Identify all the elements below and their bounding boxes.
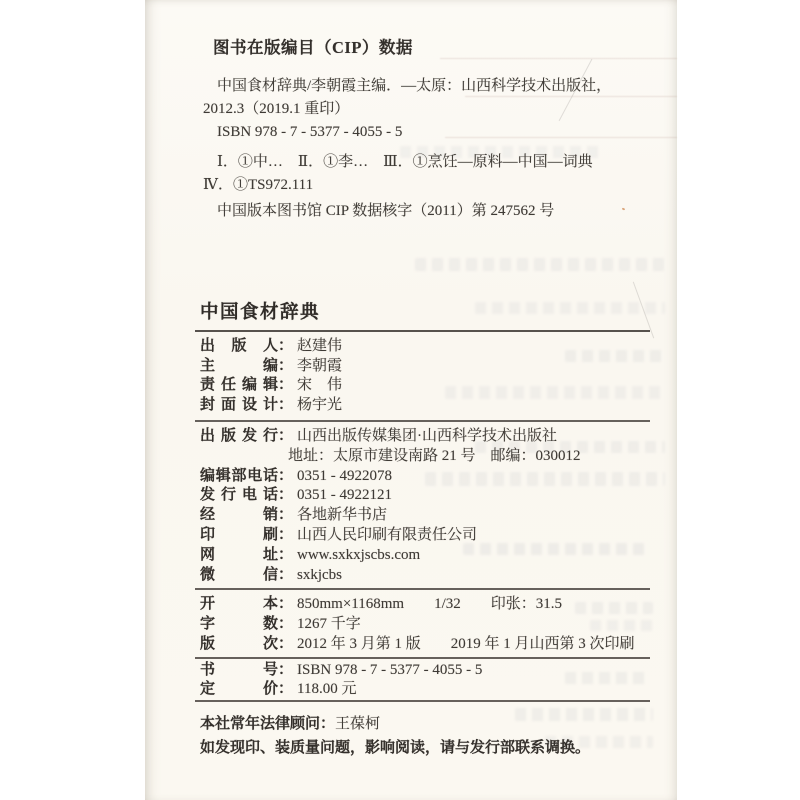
field-value: 宋 伟 (293, 377, 342, 393)
field-value: 李朝霞 (293, 358, 342, 374)
field-colon: ： (278, 487, 293, 503)
colophon-row: 印刷：山西人民印刷有限责任公司 (195, 526, 650, 546)
colophon-row: 封面设计：杨宇光 (195, 396, 650, 416)
field-label: 编辑部电话 (200, 467, 278, 487)
field-label: 微信 (200, 566, 278, 586)
cip-entry-line2: 2012.3（2019.1 重印） (195, 98, 650, 121)
colophon-row: 主编：李朝霞 (195, 357, 650, 377)
field-value: 山西人民印刷有限责任公司 (293, 527, 477, 543)
colophon-row: 书号：ISBN 978 - 7 - 5377 - 4055 - 5 (195, 661, 650, 680)
scanned-copyright-page: 图书在版编目（CIP）数据 中国食材辞典/李朝霞主编．—太原：山西科学技术出版社… (0, 0, 800, 800)
field-colon: ： (278, 338, 293, 354)
colophon-row: 定价：118.00 元 (195, 680, 650, 699)
field-label: 定价 (200, 680, 278, 699)
field-label: 发行电话 (200, 486, 278, 506)
divider-rule (195, 700, 650, 702)
legal-counsel-name: 王葆柯 (335, 716, 380, 732)
bleed-blob (475, 302, 665, 314)
staff-section: 出版人：赵建伟 主编：李朝霞 责任编辑：宋 伟 封面设计：杨宇光 (195, 337, 650, 415)
colophon-row: 编辑部电话：0351 - 4922078 (195, 467, 650, 487)
field-value: 850mm×1168mm 1/32 印张：31.5 (293, 596, 562, 612)
field-value: 赵建伟 (293, 338, 342, 354)
field-colon: ： (278, 596, 293, 612)
field-colon: ： (278, 377, 293, 393)
field-label: 印刷 (200, 526, 278, 546)
field-value: 地址：太原市建设南路 21 号 邮编：030012 (288, 448, 581, 464)
field-value: 山西出版传媒集团·山西科学技术出版社 (293, 428, 557, 444)
book-page: 图书在版编目（CIP）数据 中国食材辞典/李朝霞主编．—太原：山西科学技术出版社… (145, 0, 677, 800)
field-label: 经销 (200, 506, 278, 526)
field-colon: ： (278, 616, 293, 632)
colophon-row: 发行电话：0351 - 4922121 (195, 486, 650, 506)
colophon-row: 经销：各地新华书店 (195, 506, 650, 526)
divider-rule (195, 420, 650, 422)
field-value: 2012 年 3 月第 1 版 2019 年 1 月山西第 3 次印刷 (293, 636, 635, 652)
cip-classification-line1: Ⅰ．①中… Ⅱ．①李… Ⅲ．①烹饪—原料—中国—词典 (195, 151, 650, 174)
field-label: 字数 (200, 614, 278, 634)
field-label: 网址 (200, 546, 278, 566)
cip-heading: 图书在版编目（CIP）数据 (195, 38, 650, 58)
field-label: 出版人 (200, 337, 278, 357)
field-colon: ： (278, 567, 293, 583)
colophon-row: 版次：2012 年 3 月第 1 版 2019 年 1 月山西第 3 次印刷 (195, 634, 650, 654)
field-value: www.sxkxjscbs.com (293, 547, 420, 563)
colophon-row: 出版发行：山西出版传媒集团·山西科学技术出版社 (195, 427, 650, 447)
field-value: sxkjcbs (293, 567, 342, 583)
field-colon: ： (278, 428, 293, 444)
field-value: 118.00 元 (293, 681, 356, 697)
legal-section: 本社常年法律顾问：王葆柯 如发现印、装质量问题，影响阅读，请与发行部联系调换。 (195, 712, 665, 760)
field-colon: ： (278, 662, 293, 678)
field-label: 出版发行 (200, 427, 278, 447)
legal-counsel-label: 本社常年法律顾问： (200, 716, 335, 732)
field-colon: ： (278, 547, 293, 563)
format-section: 开本：850mm×1168mm 1/32 印张：31.5 字数：1267 千字 … (195, 594, 650, 654)
colophon-row: 出版人：赵建伟 (195, 337, 650, 357)
field-colon: ： (278, 358, 293, 374)
field-value: ISBN 978 - 7 - 5377 - 4055 - 5 (293, 662, 482, 678)
field-colon: ： (278, 636, 293, 652)
cip-block: 图书在版编目（CIP）数据 中国食材辞典/李朝霞主编．—太原：山西科学技术出版社… (195, 38, 650, 223)
colophon-row: 字数：1267 千字 (195, 614, 650, 634)
colophon-row: 开本：850mm×1168mm 1/32 印张：31.5 (195, 594, 650, 614)
colophon-row: 责任编辑：宋 伟 (195, 376, 650, 396)
legal-notice-line: 如发现印、装质量问题，影响阅读，请与发行部联系调换。 (195, 736, 665, 760)
field-colon: ： (278, 507, 293, 523)
field-value: 各地新华书店 (293, 507, 387, 523)
publisher-section: 出版发行：山西出版传媒集团·山西科学技术出版社 地址：太原市建设南路 21 号 … (195, 427, 650, 585)
cip-entry-line1: 中国食材辞典/李朝霞主编．—太原：山西科学技术出版社， (195, 75, 650, 98)
legal-counsel-line: 本社常年法律顾问：王葆柯 (195, 712, 665, 736)
cip-classification-line2: Ⅳ．①TS972.111 (195, 174, 650, 197)
field-colon: ： (278, 468, 293, 484)
field-label: 封面设计 (200, 396, 278, 416)
field-value: 1267 千字 (293, 616, 361, 632)
divider-rule (195, 588, 650, 590)
field-colon: ： (278, 397, 293, 413)
field-label: 主编 (200, 357, 278, 377)
field-colon: ： (278, 527, 293, 543)
colophon-row: 微信：sxkjcbs (195, 566, 650, 586)
isbn-price-section: 书号：ISBN 978 - 7 - 5377 - 4055 - 5 定价：118… (195, 661, 650, 699)
field-value: 杨宇光 (293, 397, 342, 413)
field-label: 版次 (200, 634, 278, 654)
book-title: 中国食材辞典 (200, 302, 320, 324)
field-value: 0351 - 4922078 (293, 468, 392, 484)
field-colon: ： (278, 681, 293, 697)
divider-rule (195, 657, 650, 659)
divider-rule (195, 330, 650, 332)
field-label: 责任编辑 (200, 376, 278, 396)
cip-isbn: ISBN 978 - 7 - 5377 - 4055 - 5 (195, 121, 650, 144)
field-value: 0351 - 4922121 (293, 487, 392, 503)
bleed-blob (415, 258, 665, 271)
field-label: 书号 (200, 661, 278, 680)
colophon-row: 网址：www.sxkxjscbs.com (195, 546, 650, 566)
field-label: 开本 (200, 594, 278, 614)
cip-record-number: 中国版本图书馆 CIP 数据核字（2011）第 247562 号 (195, 200, 650, 223)
colophon-row: 地址：太原市建设南路 21 号 邮编：030012 (195, 447, 650, 467)
